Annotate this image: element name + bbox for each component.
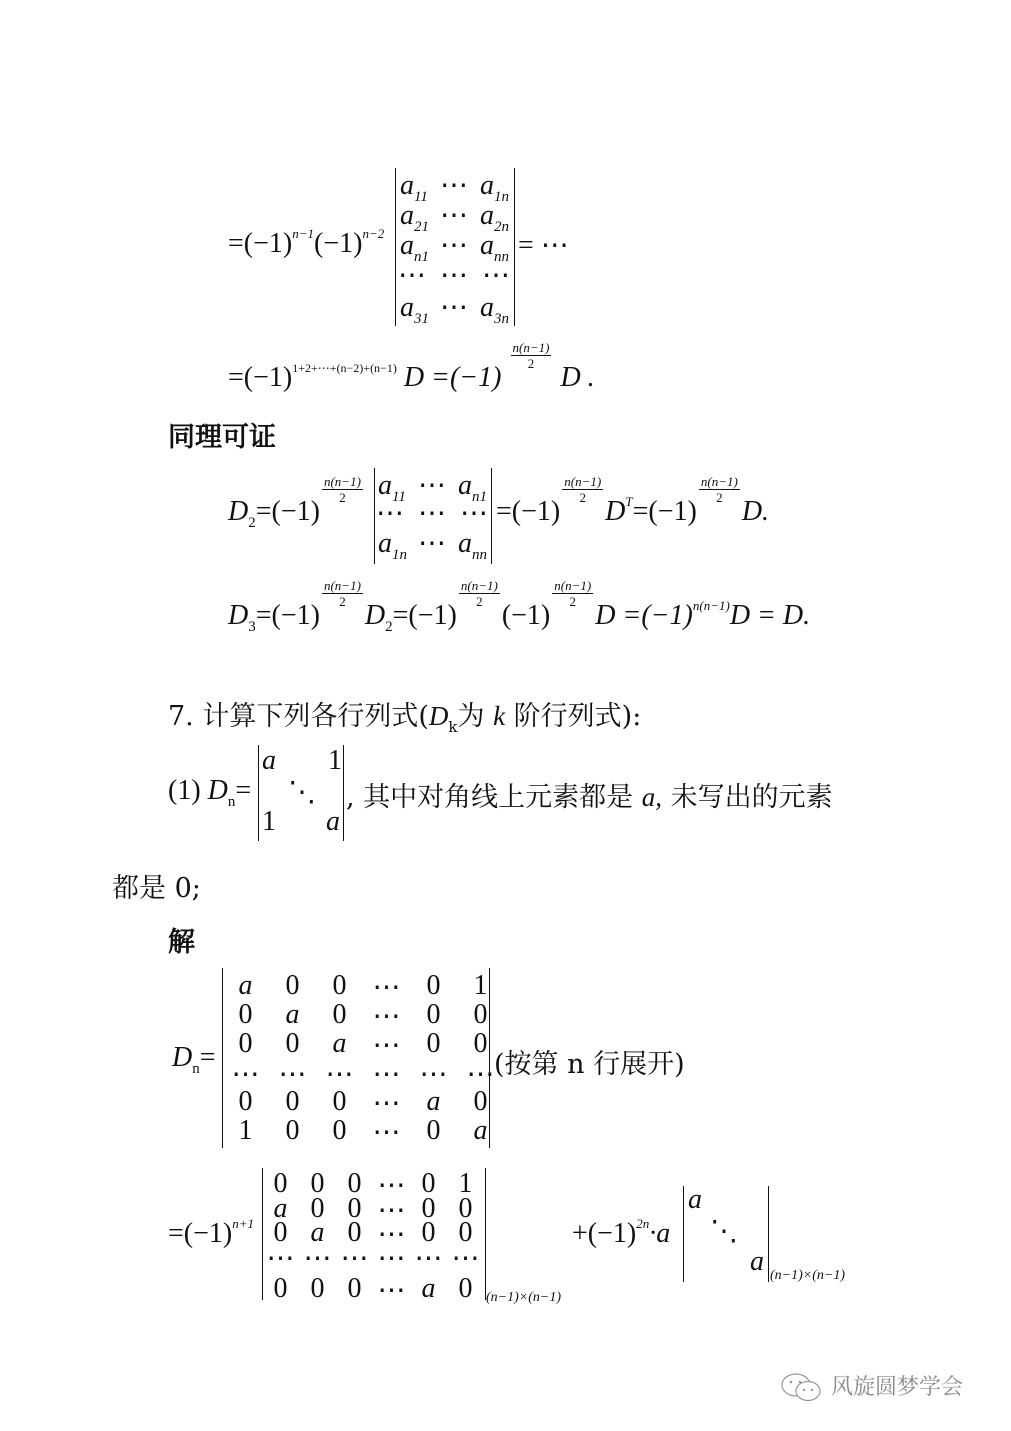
matrix-cell: 0 <box>269 1115 316 1147</box>
matrix-cell: 0 <box>316 1115 363 1147</box>
solution-label: 解 <box>168 920 195 959</box>
matrix-cell: 0 <box>222 1086 269 1118</box>
matrix-cell: a <box>222 970 269 1002</box>
matrix-cell: 0 <box>316 999 363 1031</box>
wechat-icon <box>780 1375 831 1400</box>
matrix-cell: 0 <box>410 1028 457 1060</box>
problem7-heading: 7. 计算下列各行列式(Dk为 k 阶行列式): <box>168 694 641 733</box>
watermark: 风旋圆梦学会 <box>780 1370 963 1405</box>
matrix-cell: 0 <box>299 1273 336 1305</box>
matrix-cell: ⋯ <box>410 1241 447 1275</box>
eq1-cell: a2n <box>480 200 509 232</box>
eq1-dots: ⋯ <box>440 228 468 262</box>
matrix-cell: a <box>410 1086 457 1118</box>
matrix-cell: ⋯ <box>373 1241 410 1275</box>
part1-cell: a <box>262 745 276 777</box>
part1-cell: 1 <box>262 806 276 838</box>
expansion-second-term: +(−1)2n·a <box>572 1218 670 1250</box>
matrix-cell: 0 <box>410 999 457 1031</box>
diag-cell: a <box>688 1184 702 1216</box>
eq1-dots-row: ⋯ ⋯ ⋯ <box>398 258 510 292</box>
solution-lhs: Dn= <box>172 1042 216 1074</box>
matrix-cell: ⋯ <box>336 1241 373 1275</box>
matrix-cell: a <box>316 1028 363 1060</box>
eq2: =(−1)1+2+⋯+(n−2)+(n−1) D =(−1) n(n−1)2 D… <box>228 362 595 394</box>
matrix-cell: 0 <box>222 999 269 1031</box>
expansion-prefix: =(−1)n+1 <box>168 1218 254 1250</box>
matrix-cell: ⋯ <box>299 1241 336 1275</box>
matrix-cell: 0 <box>410 1115 457 1147</box>
matrix-cell: ⋯ <box>447 1241 484 1275</box>
part1-continuation: 都是 0; <box>112 866 201 905</box>
eq1-cell: a31 <box>400 292 429 324</box>
matrix-cell: 0 <box>269 1028 316 1060</box>
eq3-rhs: =(−1)n(n−1)2DT=(−1)n(n−1)2D. <box>496 496 769 528</box>
diag-cell: a <box>750 1246 764 1278</box>
eq1-row1: a11 <box>400 170 428 202</box>
eq3-dots: ⋯ <box>418 526 446 560</box>
matrix-cell: 0 <box>457 1086 504 1118</box>
part1-lhs: (1) Dn= <box>168 775 251 807</box>
solution-note: (按第 n 行展开) <box>494 1042 685 1081</box>
matrix-cell: 0 <box>269 970 316 1002</box>
diag-cell: ⋱ <box>710 1214 738 1248</box>
eq1-dots: ⋯ <box>440 168 468 202</box>
expansion-size-label: (n−1)×(n−1) <box>486 1290 561 1306</box>
matrix-cell: a <box>269 999 316 1031</box>
part1-description: , 其中对角线上元素都是 a, 未写出的元素 <box>346 775 833 814</box>
matrix-cell: 1 <box>457 970 504 1002</box>
matrix-cell: a <box>410 1273 447 1305</box>
eq1-cell: a1n <box>480 170 509 202</box>
matrix-cell: 0 <box>410 970 457 1002</box>
matrix-cell: a <box>457 1115 504 1147</box>
eq3-lhs: D2=(−1)n(n−1)2 <box>228 496 365 528</box>
eq1-dots: ⋯ <box>440 198 468 232</box>
eq4: D3=(−1)n(n−1)2D2=(−1)n(n−1)2(−1)n(n−1)2D… <box>228 600 810 632</box>
matrix-cell: 0 <box>457 999 504 1031</box>
eq1-cell: a3n <box>480 292 509 324</box>
diag-size-label: (n−1)×(n−1) <box>770 1268 845 1284</box>
eq3-dots-row: ⋯ ⋯ ⋯ <box>376 496 488 530</box>
matrix-cell: 0 <box>262 1273 299 1305</box>
matrix-cell: 0 <box>447 1273 484 1305</box>
matrix-cell: 0 <box>316 1086 363 1118</box>
part1-cell: ⋱ <box>288 775 316 809</box>
eq1-cell: a21 <box>400 200 429 232</box>
eq3-cell: ann <box>458 528 487 560</box>
eq1-dots: ⋯ <box>440 290 468 324</box>
matrix-cell: 1 <box>222 1115 269 1147</box>
part1-cell: a <box>326 806 340 838</box>
part1-cell: 1 <box>328 745 342 777</box>
eq1-prefix: =(−1)n−1(−1)n−2 <box>228 228 384 260</box>
eq1-suffix: = ⋯ <box>518 228 569 262</box>
matrix-cell: 0 <box>222 1028 269 1060</box>
eq3-cell: a1n <box>378 528 407 560</box>
matrix-cell: ⋯ <box>373 1273 410 1307</box>
matrix-cell: ⋯ <box>363 1115 410 1149</box>
matrix-cell: ⋯ <box>262 1241 299 1275</box>
matrix-cell: 0 <box>316 970 363 1002</box>
similar-proof-text: 同理可证 <box>168 415 276 454</box>
matrix-cell: 0 <box>269 1086 316 1118</box>
matrix-cell: 0 <box>336 1273 373 1305</box>
